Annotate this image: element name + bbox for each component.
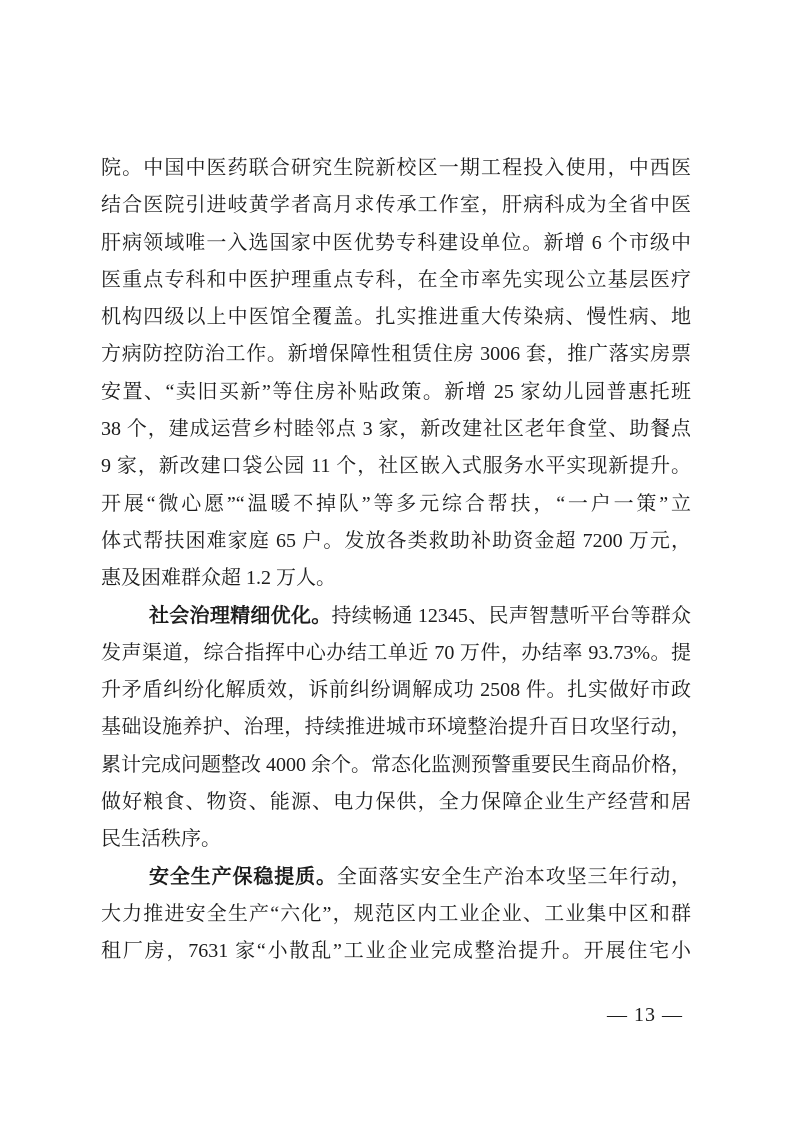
paragraph-lead: 安全生产保稳提质。 [149,866,337,888]
text-line: 民生活秩序。 [101,821,691,858]
text-line: 机构四级以上中医馆全覆盖。扎实推进重大传染病、慢性病、地 [101,299,691,336]
text-line: 发声渠道，综合指挥中心办结工单近 70 万件，办结率 93.73%。提 [101,635,691,672]
text-line: 体式帮扶困难家庭 65 户。发放各类救助补助资金超 7200 万元， [101,523,691,560]
document-page: 院。中国中医药联合研究生院新校区一期工程投入使用，中西医结合医院引进岐黄学者高月… [0,0,793,1122]
text-line: 做好粮食、物资、能源、电力保供，全力保障企业生产经营和居 [101,784,691,821]
text-line: 开展“微心愿”“温暖不掉队”等多元综合帮扶，“一户一策”立 [101,486,691,523]
text-line: 方病防控防治工作。新增保障性租赁住房 3006 套，推广落实房票 [101,336,691,373]
page-number: — 13 — [595,1001,695,1029]
text-line: 升矛盾纠纷化解质效，诉前纠纷调解成功 2508 件。扎实做好市政 [101,672,691,709]
text-line: 惠及困难群众超 1.2 万人。 [101,560,691,597]
text-line: 院。中国中医药联合研究生院新校区一期工程投入使用，中西医 [101,150,691,187]
text-line: 结合医院引进岐黄学者高月求传承工作室，肝病科成为全省中医 [101,187,691,224]
text-line: 肝病领域唯一入选国家中医优势专科建设单位。新增 6 个市级中 [101,225,691,262]
text-line: 租厂房，7631 家“小散乱”工业企业完成整治提升。开展住宅小 [101,933,691,970]
paragraph-lead: 社会治理精细优化。 [149,605,332,627]
text-line: 社会治理精细优化。持续畅通 12345、民声智慧听平台等群众 [101,598,691,635]
text-line: 38 个，建成运营乡村睦邻点 3 家，新改建社区老年食堂、助餐点 [101,411,691,448]
text-line: 医重点专科和中医护理重点专科，在全市率先实现公立基层医疗 [101,262,691,299]
text-line: 9 家，新改建口袋公园 11 个，社区嵌入式服务水平实现新提升。 [101,448,691,485]
text-block: 院。中国中医药联合研究生院新校区一期工程投入使用，中西医结合医院引进岐黄学者高月… [101,150,691,971]
text-line: 大力推进安全生产“六化”，规范区内工业企业、工业集中区和群 [101,896,691,933]
text-line: 安置、“卖旧买新”等住房补贴政策。新增 25 家幼儿园普惠托班 [101,374,691,411]
text-line: 累计完成问题整改 4000 余个。常态化监测预警重要民生商品价格， [101,747,691,784]
text-line: 安全生产保稳提质。全面落实安全生产治本攻坚三年行动， [101,859,691,896]
text-line: 基础设施养护、治理，持续推进城市环境整治提升百日攻坚行动， [101,709,691,746]
